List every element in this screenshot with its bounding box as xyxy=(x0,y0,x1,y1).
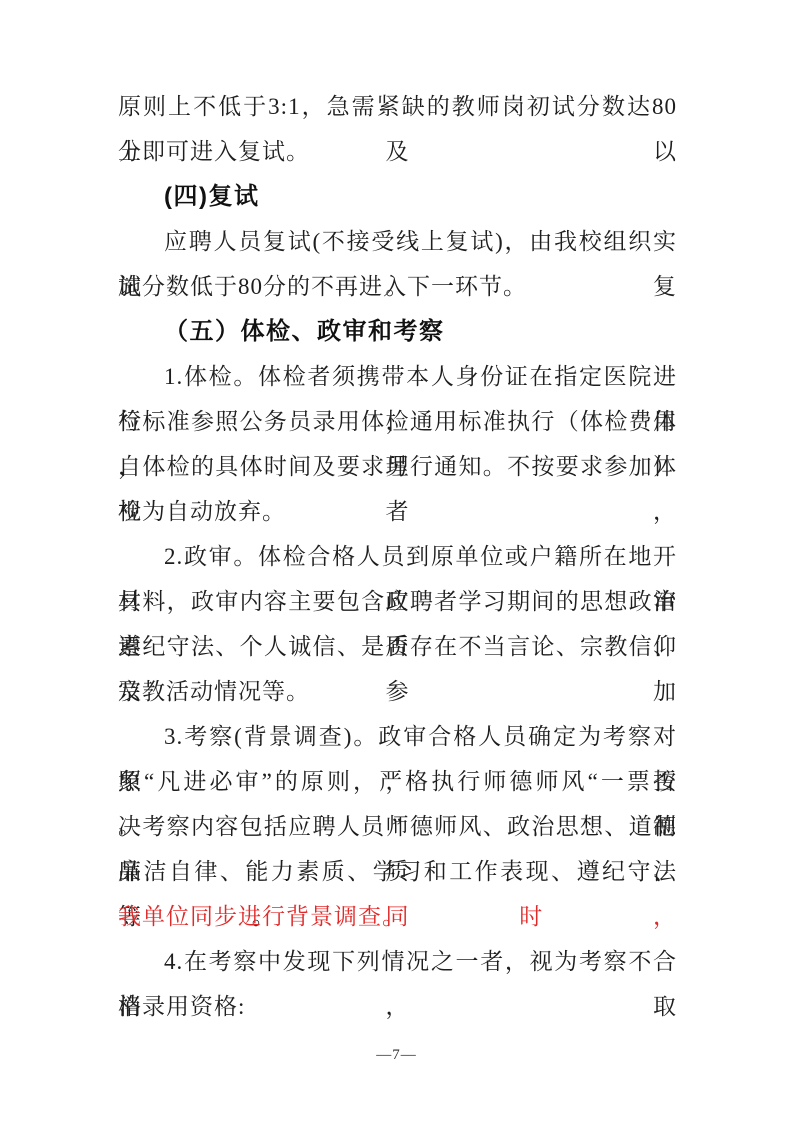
text-line: ，体检的具体时间及要求另行通知。不按要求参加体检者， xyxy=(118,444,677,489)
text-line: 照“凡进必审”的原则，严格执行师德师风“一票否决”制 xyxy=(118,759,677,804)
text-segment: 宗教活动情况等。 xyxy=(118,679,310,704)
section-heading: (四)复试 xyxy=(118,174,677,219)
highlighted-red-text: 我单位同步进行背景调查。 xyxy=(118,904,406,929)
text-segment: (四)复试 xyxy=(164,183,259,210)
text-line: 应聘人员复试(不接受线上复试)，由我校组织实施。复 xyxy=(118,219,677,264)
text-segment: 消录用资格: xyxy=(118,994,245,1019)
text-line: 2.政审。体检合格人员到原单位或户籍所在地开具政审 xyxy=(118,534,677,579)
text-line: 遵纪守法、个人诚信、是否存在不当言论、宗教信仰及参加 xyxy=(118,624,677,669)
document-page: 原则上不低于3:1，急需紧缺的教师岗初试分数达80分及以上即可进入复试。(四)复… xyxy=(0,0,793,1122)
text-segment: （五）体检、政审和考察 xyxy=(164,318,445,345)
section-heading: （五）体检、政审和考察 xyxy=(118,309,677,354)
text-line: 。考察内容包括应聘人员师德师风、政治思想、道德品质、 xyxy=(118,804,677,849)
text-line: 原则上不低于3:1，急需紧缺的教师岗初试分数达80分及以 xyxy=(118,84,677,129)
text-line: 3.考察(背景调查)。政审合格人员确定为考察对象，按 xyxy=(118,714,677,759)
text-line: 检标准参照公务员录用体检通用标准执行（体检费用自理） xyxy=(118,399,677,444)
text-segment: 视为自动放弃。 xyxy=(118,499,286,524)
page-number: —7— xyxy=(0,1047,793,1064)
highlighted-red-text: 同时， xyxy=(386,904,678,929)
text-line: 1.体检。体检者须携带本人身份证在指定医院进行，体 xyxy=(118,354,677,399)
text-segment: 试分数低于80分的不再进入下一环节。 xyxy=(118,274,527,299)
text-line: 材料，政审内容主要包含应聘者学习期间的思想政治素质、 xyxy=(118,579,677,624)
text-line: 廉洁自律、能力素质、学习和工作表现、遵纪守法等。同时， xyxy=(118,849,677,894)
text-line: 4.在考察中发现下列情况之一者，视为考察不合格，取 xyxy=(118,939,677,984)
document-body: 原则上不低于3:1，急需紧缺的教师岗初试分数达80分及以上即可进入复试。(四)复… xyxy=(118,84,677,1029)
text-segment: 上即可进入复试。 xyxy=(118,139,310,164)
